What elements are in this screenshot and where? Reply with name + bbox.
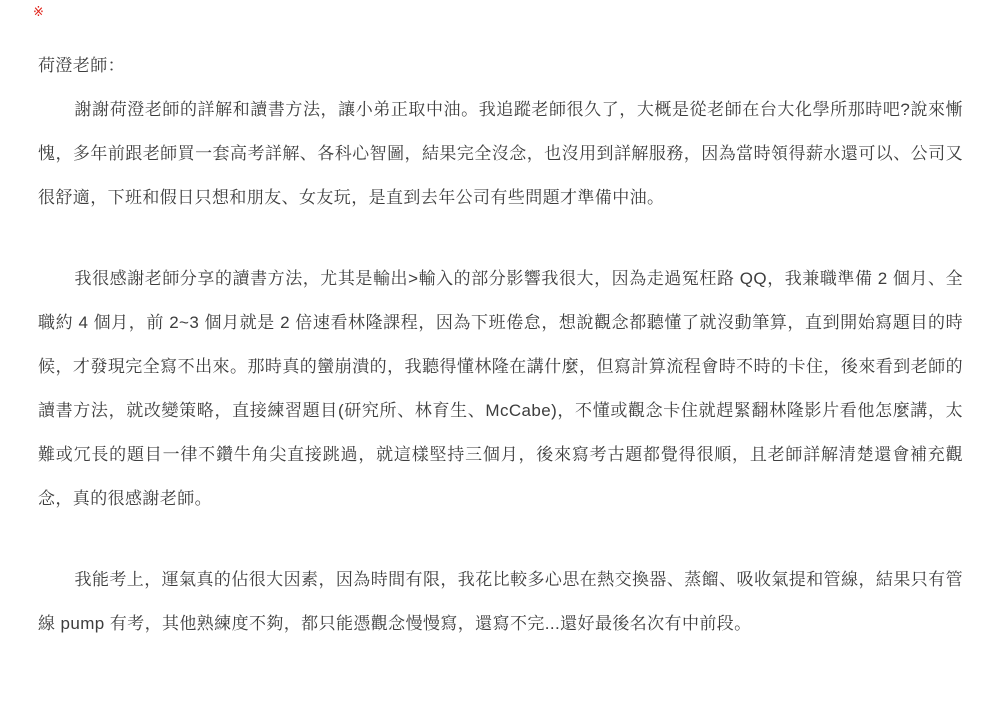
paragraph-study-method: 我很感謝老師分享的讀書方法，尤其是輸出>輸入的部分影響我很大，因為走過冤枉路 Q… bbox=[38, 257, 963, 521]
paragraph-thanks-intro: 謝謝荷澄老師的詳解和讀書方法，讓小弟正取中油。我追蹤老師很久了，大概是從老師在台… bbox=[38, 88, 963, 220]
letter-document-page: ※ 荷澄老師： 謝謝荷澄老師的詳解和讀書方法，讓小弟正取中油。我追蹤老師很久了，… bbox=[0, 0, 1000, 707]
paragraph-exam-result: 我能考上，運氣真的佔很大因素，因為時間有限，我花比較多心思在熱交換器、蒸餾、吸收… bbox=[38, 558, 963, 646]
red-mark-icon: ※ bbox=[33, 5, 44, 18]
salutation-line: 荷澄老師： bbox=[38, 44, 963, 88]
